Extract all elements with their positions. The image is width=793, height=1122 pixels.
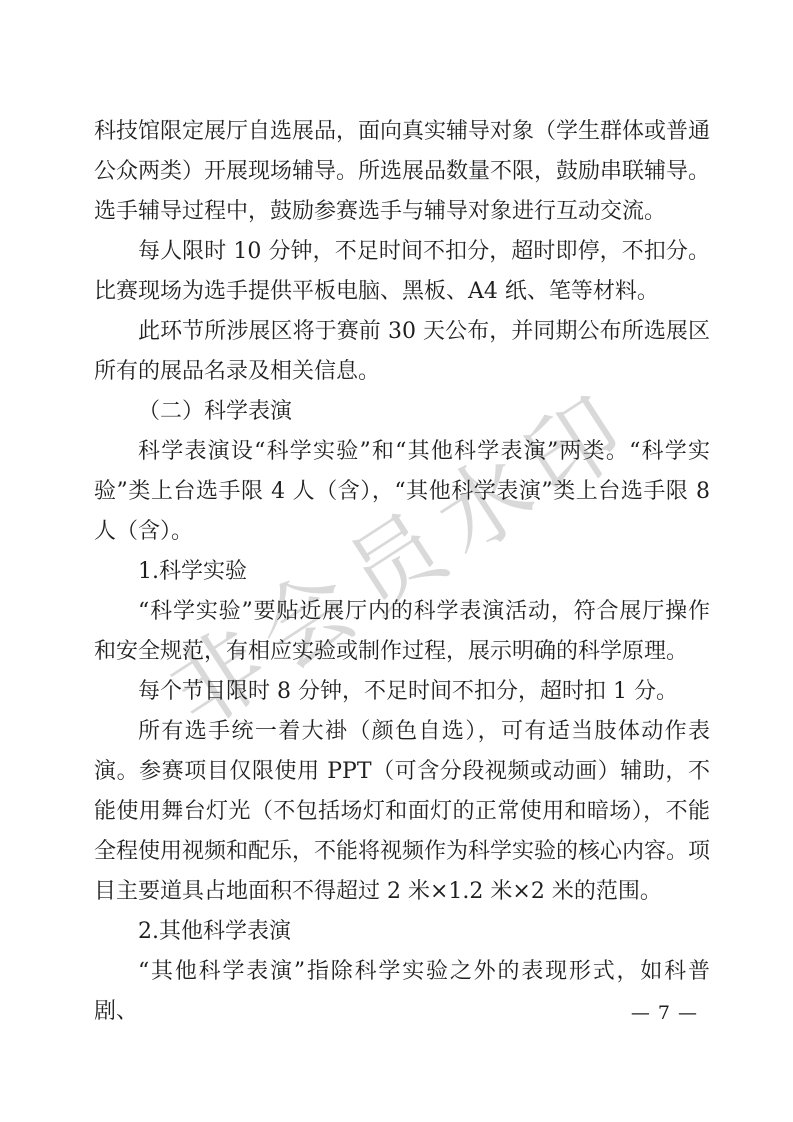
paragraph: “其他科学表演”指除科学实验之外的表现形式，如科普剧、 [94, 952, 710, 1032]
subsection-heading: 1.科学实验 [94, 552, 710, 592]
section-heading: （二）科学表演 [94, 392, 710, 432]
document-page: 非会员水印 科技馆限定展厅自选展品，面向真实辅导对象（学生群体或普通公众两类）开… [0, 0, 793, 1122]
paragraph: 科学表演设“科学实验”和“其他科学表演”两类。“科学实验”类上台选手限 4 人（… [94, 432, 710, 552]
paragraph: 每人限时 10 分钟，不足时间不扣分，超时即停，不扣分。比赛现场为选手提供平板电… [94, 232, 710, 312]
paragraph: 科技馆限定展厅自选展品，面向真实辅导对象（学生群体或普通公众两类）开展现场辅导。… [94, 112, 710, 232]
paragraph: 每个节目限时 8 分钟，不足时间不扣分，超时扣 1 分。 [94, 672, 710, 712]
paragraph: “科学实验”要贴近展厅内的科学表演活动，符合展厅操作和安全规范，有相应实验或制作… [94, 592, 710, 672]
paragraph: 此环节所涉展区将于赛前 30 天公布，并同期公布所选展区所有的展品名录及相关信息… [94, 312, 710, 392]
page-number: — 7 — [631, 1002, 698, 1024]
paragraph: 所有选手统一着大褂（颜色自选），可有适当肢体动作表演。参赛项目仅限使用 PPT（… [94, 712, 710, 912]
document-body: 科技馆限定展厅自选展品，面向真实辅导对象（学生群体或普通公众两类）开展现场辅导。… [94, 112, 710, 1032]
subsection-heading: 2.其他科学表演 [94, 912, 710, 952]
